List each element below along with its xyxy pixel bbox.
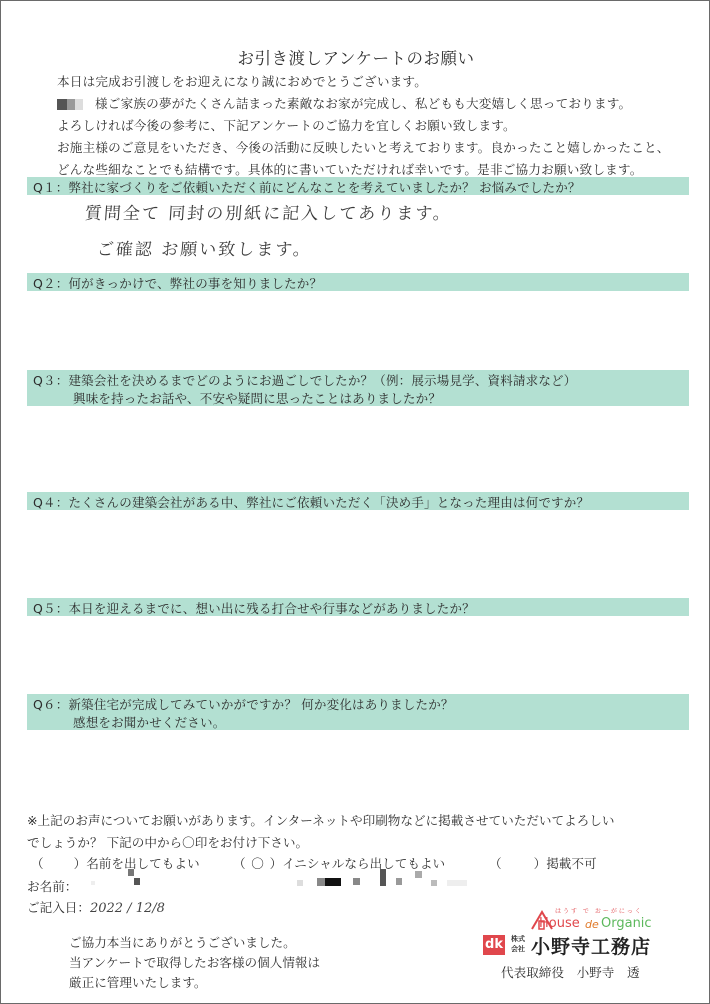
corp-type: 株式会社: [511, 934, 525, 954]
paren-close: ）: [270, 856, 283, 871]
intro-line-2: 様ご家族の夢がたくさん詰まった素敵なお家が完成し、私どもも大変嬉しく思っておりま…: [57, 93, 631, 112]
question-band-q1: Q１：弊社に家づくりをご依頼いただく前にどんなことを考えていましたか？ お悩みで…: [27, 177, 689, 195]
intro-line-1: 本日は完成お引渡しをお迎えになり誠におめでとうございます。: [57, 71, 427, 90]
representative: 代表取締役 小野寺 透: [501, 962, 640, 981]
consent-option-none[interactable]: （）掲載不可: [489, 853, 597, 872]
consent-note-line2: でしょうか？ 下記の中から〇印をお付け下さい。: [27, 832, 308, 851]
question-band-q6: Q６：新築住宅が完成してみていかがですか？ 何か変化はありましたか？ 感想をお聞…: [27, 694, 689, 730]
paren-close: ）: [74, 856, 87, 871]
question-band-q5: Q５：本日を迎えるまでに、想い出に残る打合せや行事などがありましたか？: [27, 598, 689, 616]
handwritten-answer-q1-line2: ご確認 お願い致します。: [96, 235, 313, 260]
question-label-q1: Q１：弊社に家づくりをご依頼いただく前にどんなことを考えていましたか？ お悩みで…: [33, 178, 581, 196]
consent-option-initials[interactable]: （〇）イニシャルなら出してもよい: [233, 853, 445, 872]
intro-line-5: どんな些細なことでも結構です。具体的に書いていただければ幸いです。是非ご協力お願…: [57, 159, 643, 178]
brand-house: House: [539, 916, 580, 931]
name-label: お名前：: [27, 876, 77, 895]
question-sublabel-q6: 感想をお聞かせください。: [73, 713, 225, 731]
redacted-name-block: [75, 99, 83, 110]
question-label-q4: Q４：たくさんの建築会社がある中、弊社にご依頼いただく「決め手」となった理由は何…: [33, 493, 589, 511]
option-label: 掲載不可: [546, 856, 596, 871]
option-label: イニシャルなら出してもよい: [282, 856, 445, 871]
handwritten-answer-q1-line1: 質問全て 同封の別紙に記入してあります。: [84, 199, 453, 224]
date-value-handwritten: 2022 / 12/8: [90, 901, 165, 916]
paren-open: （: [489, 856, 502, 871]
option-mark-circle[interactable]: 〇: [246, 853, 270, 872]
thanks-line-3: 厳正に管理いたします。: [69, 972, 207, 991]
question-label-q6: Q６：新築住宅が完成してみていかがですか？ 何か変化はありましたか？: [33, 695, 454, 713]
date-row: ご記入日：2022 / 12/8: [27, 897, 165, 916]
consent-note-line1: ※上記のお声についてお願いがあります。インターネットや印刷物などに掲載させていた…: [27, 810, 614, 829]
question-label-q5: Q５：本日を迎えるまでに、想い出に残る打合せや行事などがありましたか？: [33, 599, 475, 617]
page-title: お引き渡しアンケートのお願い: [1, 45, 710, 69]
dk-logo-icon: dk: [483, 935, 505, 955]
date-label: ご記入日：: [27, 900, 90, 915]
redacted-name-block: [57, 99, 67, 110]
intro-line-3: よろしければ今後の参考に、下記アンケートのご協力を宜しくお願い致します。: [57, 115, 516, 134]
intro-line-2-text: 様ご家族の夢がたくさん詰まった素敵なお家が完成し、私どもも大変嬉しく思っておりま…: [95, 96, 631, 111]
company-name: 小野寺工務店: [531, 932, 651, 959]
thanks-line-1: ご協力本当にありがとうございました。: [69, 932, 296, 951]
question-band-q4: Q４：たくさんの建築会社がある中、弊社にご依頼いただく「決め手」となった理由は何…: [27, 492, 689, 510]
survey-page: お引き渡しアンケートのお願い 本日は完成お引渡しをお迎えになり誠におめでとうござ…: [0, 0, 710, 1004]
question-label-q3: Q３：建築会社を決めるまでどのようにお過ごしでしたか？（例：展示場見学、資料請求…: [33, 371, 576, 389]
brand-organic: Organic: [601, 916, 652, 931]
paren-open: （: [233, 856, 246, 871]
paren-open: （: [31, 856, 44, 871]
intro-line-4: お施主様のご意見をいただき、今後の活動に反映したいと考えております。良かったこと…: [57, 137, 670, 156]
question-band-q3: Q３：建築会社を決めるまでどのようにお過ごしでしたか？（例：展示場見学、資料請求…: [27, 370, 689, 406]
brand-ruby: はうす で おーがにっく: [555, 906, 643, 915]
option-label: 名前を出してもよい: [86, 856, 199, 871]
question-label-q2: Q２：何がきっかけで、弊社の事を知りましたか？: [33, 274, 322, 292]
consent-option-name[interactable]: （）名前を出してもよい: [31, 853, 200, 872]
brand-de: de: [585, 918, 599, 931]
question-band-q2: Q２：何がきっかけで、弊社の事を知りましたか？: [27, 273, 689, 291]
paren-close: ）: [534, 856, 547, 871]
thanks-line-2: 当アンケートで取得したお客様の個人情報は: [69, 952, 320, 971]
question-sublabel-q3: 興味を持ったお話や、不安や疑問に思ったことはありましたか？: [73, 389, 441, 407]
redacted-name-block: [67, 99, 75, 110]
